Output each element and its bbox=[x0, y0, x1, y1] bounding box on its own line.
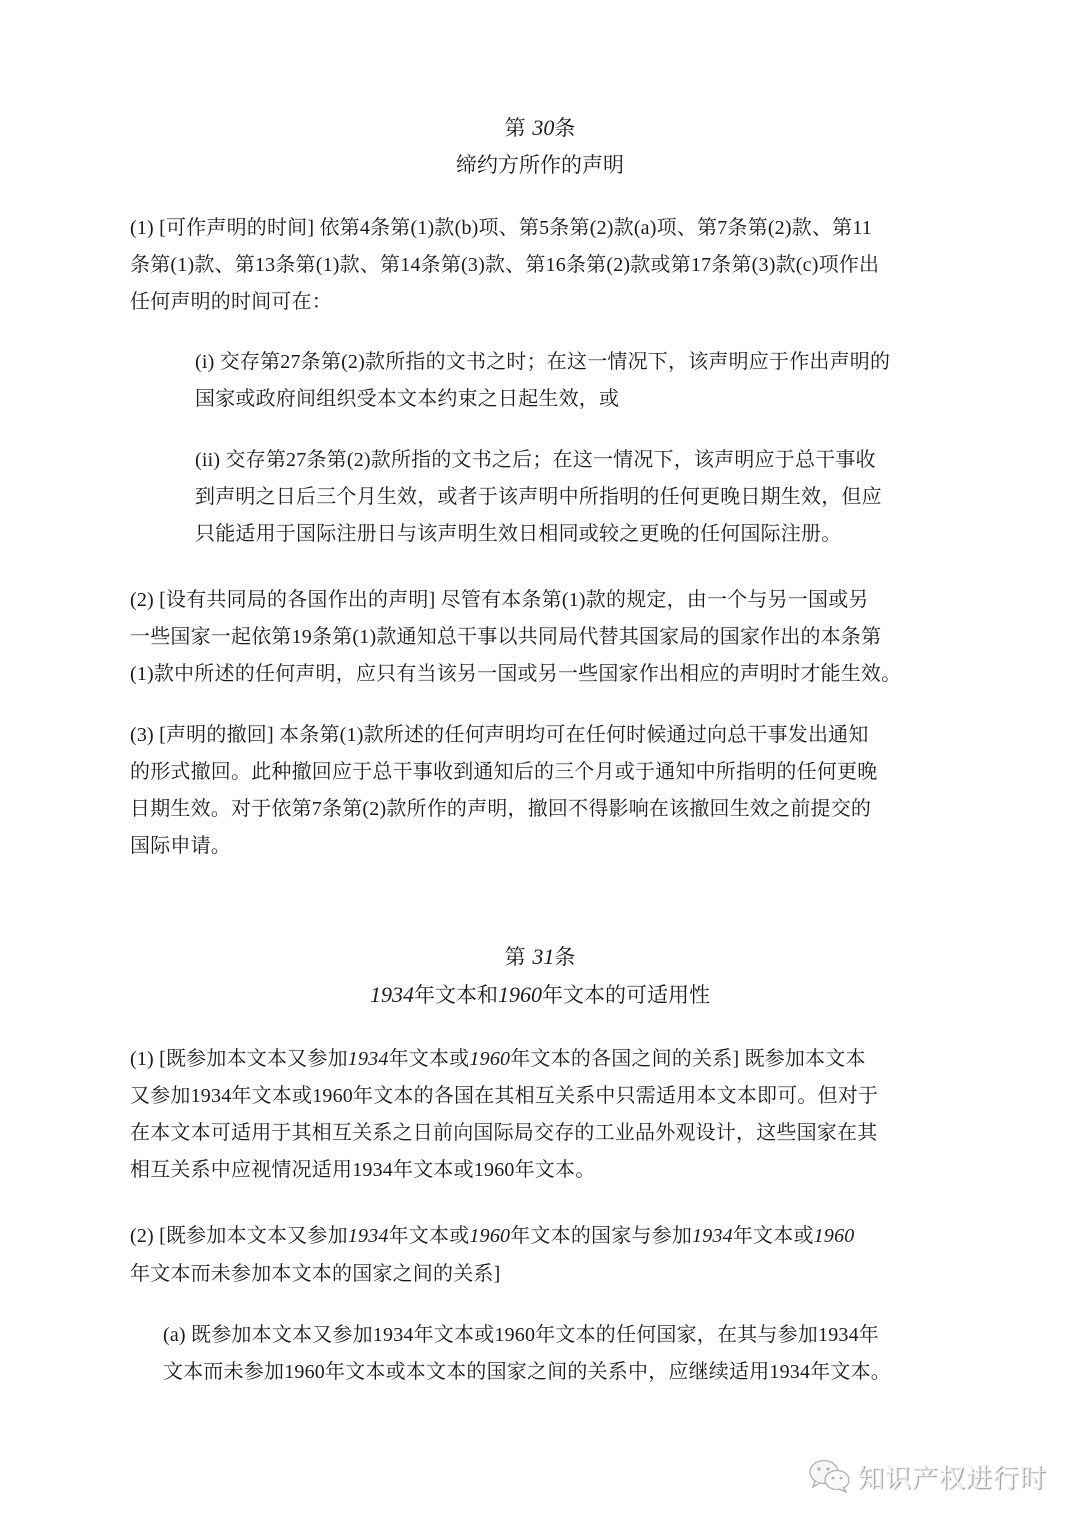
title-text: 年文本和 bbox=[414, 983, 498, 1007]
text-line: (1) [既参加本文本又参加1934年文本或1960年文本的各国之间的关系] 既… bbox=[130, 1040, 878, 1078]
wechat-icon bbox=[808, 1457, 852, 1495]
text-line: (a) 既参加本文本又参加1934年文本或1960年文本的任何国家，在其与参加1… bbox=[163, 1317, 891, 1354]
text-line: 任何声明的时间可在： bbox=[130, 284, 879, 321]
text-line: (2) [既参加本文本又参加1934年文本或1960年文本的国家与参加1934年… bbox=[130, 1217, 854, 1255]
text-line: 国家或政府间组织受本文本约束之日起生效，或 bbox=[195, 381, 890, 418]
heading-year: 1934 bbox=[348, 1225, 389, 1247]
text-line: 年文本而未参加本文本的国家之间的关系] bbox=[130, 1255, 854, 1293]
heading-year: 1934 bbox=[348, 1048, 389, 1070]
heading-prefix: 第 bbox=[505, 116, 533, 140]
paragraph-label: (3) [ bbox=[130, 724, 166, 746]
paragraph-label: (2) [ bbox=[130, 1225, 166, 1247]
heading-text: 年文本或 bbox=[733, 1223, 814, 1247]
watermark: 知识产权进行时 bbox=[808, 1456, 1047, 1496]
paragraph-heading: 设有共同局的各国作出的声明 bbox=[166, 587, 429, 611]
heading-text: 年文本而未参加本文本的国家之间的关系 bbox=[130, 1261, 494, 1285]
article-30-item-i: (i) 交存第27条第(2)款所指的文书之时；在这一情况下，该声明应于作出声明的… bbox=[195, 344, 890, 418]
paragraph-heading: 既参加本文本又参加1934年文本或1960年文本的国家与参加1934年文本或19… bbox=[166, 1223, 855, 1247]
heading-year: 1960 bbox=[469, 1048, 510, 1070]
text-line: 的形式撤回。此种撤回应于总干事收到通知后的三个月或于通知中所指明的任何更晚 bbox=[130, 754, 877, 791]
heading-year: 1960 bbox=[814, 1225, 855, 1247]
heading-suffix: 条 bbox=[554, 116, 575, 140]
heading-number: 30 bbox=[532, 115, 554, 140]
line-text: 本条第(1)款所述的任何声明均可在任何时候通过向总干事发出通知 bbox=[274, 724, 869, 746]
article-30-item-ii: (ii) 交存第27条第(2)款所指的文书之后；在这一情况下，该声明应于总干事收… bbox=[195, 442, 882, 553]
text-line: 到声明之日后三个月生效，或者于该声明中所指明的任何更晚日期生效，但应 bbox=[195, 479, 882, 516]
heading-prefix: 第 bbox=[505, 945, 533, 969]
paragraph-heading: 既参加本文本又参加1934年文本或1960年文本的各国之间的关系 bbox=[166, 1046, 732, 1070]
article-31-title: 1934年文本和1960年文本的可适用性 bbox=[0, 980, 1080, 1010]
text-line: (1)款中所述的任何声明，应只有当该另一国或另一些国家作出相应的声明时才能生效。 bbox=[130, 656, 901, 693]
article-30-paragraph-2: (2) [设有共同局的各国作出的声明] 尽管有本条第(1)款的规定，由一个与另一… bbox=[130, 581, 901, 693]
text-line: 国际申请。 bbox=[130, 828, 877, 865]
heading-text: 年文本的各国之间的关系 bbox=[510, 1046, 732, 1070]
heading-year: 1960 bbox=[469, 1225, 510, 1247]
text-line: 日期生效。对于依第7条第(2)款所作的声明，撤回不得影响在该撤回生效之前提交的 bbox=[130, 791, 877, 828]
line-text: 尽管有本条第(1)款的规定，由一个与另一国或另 bbox=[435, 589, 868, 611]
heading-number: 31 bbox=[532, 944, 554, 969]
article-31-number: 第 31条 bbox=[0, 942, 1080, 972]
heading-text: 既参加本文本又参加 bbox=[166, 1223, 348, 1247]
article-30-paragraph-3: (3) [声明的撤回] 本条第(1)款所述的任何声明均可在任何时候通过向总干事发… bbox=[130, 716, 877, 865]
article-31-paragraph-1: (1) [既参加本文本又参加1934年文本或1960年文本的各国之间的关系] 既… bbox=[130, 1040, 878, 1189]
text-line: (3) [声明的撤回] 本条第(1)款所述的任何声明均可在任何时候通过向总干事发… bbox=[130, 716, 877, 754]
text-line: 文本而未参加1960年文本或本文本的国家之间的关系中，应继续适用1934年文本。 bbox=[163, 1354, 891, 1391]
title-year: 1934 bbox=[370, 982, 414, 1007]
line-text: 既参加本文本 bbox=[739, 1048, 865, 1070]
heading-text: 年文本或 bbox=[389, 1046, 470, 1070]
heading-text: 既参加本文本又参加 bbox=[166, 1046, 348, 1070]
article-30-paragraph-1: (1) [可作声明的时间] 依第4条第(1)款(b)项、第5条第(2)款(a)项… bbox=[130, 209, 879, 321]
heading-suffix: 条 bbox=[554, 945, 575, 969]
text-line: (ii) 交存第27条第(2)款所指的文书之后；在这一情况下，该声明应于总干事收 bbox=[195, 442, 882, 479]
title-text: 年文本的可适用性 bbox=[542, 983, 710, 1007]
text-line: (1) [可作声明的时间] 依第4条第(1)款(b)项、第5条第(2)款(a)项… bbox=[130, 209, 879, 247]
bracket-close: ] bbox=[494, 1263, 501, 1285]
heading-year: 1934 bbox=[692, 1225, 733, 1247]
text-line: 又参加1934年文本或1960年文本的各国在其相互关系中只需适用本文本即可。但对… bbox=[130, 1078, 878, 1115]
bracket-close: ] bbox=[267, 724, 274, 746]
paragraph-heading: 声明的撤回 bbox=[166, 722, 267, 746]
title-year: 1960 bbox=[498, 982, 542, 1007]
text-line: 条第(1)款、第13条第(1)款、第14条第(3)款、第16条第(2)款或第17… bbox=[130, 247, 879, 284]
text-line: 只能适用于国际注册日与该声明生效日相同或较之更晚的任何国际注册。 bbox=[195, 516, 882, 553]
article-30-number: 第 30条 bbox=[0, 113, 1080, 143]
watermark-text: 知识产权进行时 bbox=[858, 1458, 1047, 1495]
heading-text: 年文本的国家与参加 bbox=[510, 1223, 692, 1247]
heading-text: 年文本或 bbox=[389, 1223, 470, 1247]
paragraph-label: (1) [ bbox=[130, 1048, 166, 1070]
article-31-item-a: (a) 既参加本文本又参加1934年文本或1960年文本的任何国家，在其与参加1… bbox=[163, 1317, 891, 1391]
paragraph-label: (1) [ bbox=[130, 217, 166, 239]
document-page: 第 30条 缔约方所作的声明 (1) [可作声明的时间] 依第4条第(1)款(b… bbox=[0, 0, 1080, 1527]
article-31-paragraph-2: (2) [既参加本文本又参加1934年文本或1960年文本的国家与参加1934年… bbox=[130, 1217, 854, 1293]
text-line: 相互关系中应视情况适用1934年文本或1960年文本。 bbox=[130, 1152, 878, 1189]
paragraph-heading: 可作声明的时间 bbox=[166, 215, 307, 239]
text-line: (i) 交存第27条第(2)款所指的文书之时；在这一情况下，该声明应于作出声明的 bbox=[195, 344, 890, 381]
paragraph-label: (2) [ bbox=[130, 589, 166, 611]
text-line: 一些国家一起依第19条第(1)款通知总干事以共同局代替其国家局的国家作出的本条第 bbox=[130, 619, 901, 656]
text-line: (2) [设有共同局的各国作出的声明] 尽管有本条第(1)款的规定，由一个与另一… bbox=[130, 581, 901, 619]
line-text: 依第4条第(1)款(b)项、第5条第(2)款(a)项、第7条第(2)款、第11 bbox=[314, 217, 872, 239]
article-30-title: 缔约方所作的声明 bbox=[0, 150, 1080, 180]
text-line: 在本文本可适用于其相互关系之日前向国际局交存的工业品外观设计，这些国家在其 bbox=[130, 1115, 878, 1152]
